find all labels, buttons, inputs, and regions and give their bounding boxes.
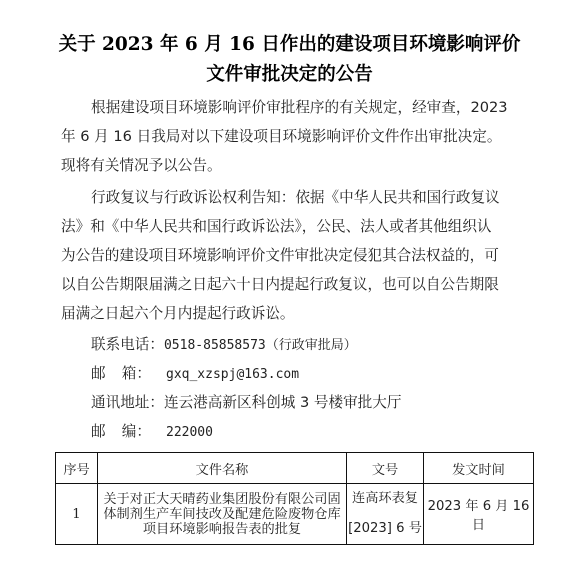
row-index: 1 [56, 484, 98, 545]
phone-value: 0518-85858573（行政审批局） [164, 334, 357, 353]
email-label-char1: 邮 [91, 365, 106, 382]
phone-label: 联系电话： [91, 333, 164, 354]
announcement-title-line2: 文件审批决定的公告 [0, 60, 579, 86]
announcement-title-line1: 关于 2023 年 6 月 16 日作出的建设项目环境影响评价 [0, 30, 579, 56]
rights-line-1: 行政复议与行政诉讼权利告知：依据《中华人民共和国行政复议 [91, 186, 500, 207]
email-value[interactable]: gxq_xzspj@163.com [166, 367, 299, 382]
row-issue-date: 2023 年 6 月 16 日 [424, 484, 534, 545]
header-file-name: 文件名称 [98, 453, 347, 484]
postcode-label-char1: 邮 [91, 423, 106, 440]
header-doc-number: 文号 [347, 453, 424, 484]
doc-number-line2: [2023] 6 号 [347, 514, 423, 544]
table-row: 1 关于对正大天晴药业集团股份有限公司固体制剂生产车间技改及配建危险废物仓库项目… [56, 484, 534, 545]
header-index: 序号 [56, 453, 98, 484]
contact-address-row: 通讯地址：连云港高新区科创城 3 号楼审批大厅 [91, 391, 401, 412]
approval-documents-table: 序号 文件名称 文号 发文时间 1 关于对正大天晴药业集团股份有限公司固体制剂生… [55, 452, 534, 545]
header-issue-date: 发文时间 [424, 453, 534, 484]
address-label: 通讯地址： [91, 391, 164, 412]
intro-line-2: 年 6 月 16 日我局对以下建设项目环境影响评价文件作出审批决定。 [61, 125, 501, 146]
postcode-label-char2: 编： [122, 420, 151, 441]
rights-line-2: 法》和《中华人民共和国行政诉讼法》，公民、法人或者其他组织认 [61, 215, 492, 236]
contact-postcode-row: 邮编：222000 [91, 420, 213, 441]
rights-line-5: 届满之日起六个月内提起行政诉讼。 [61, 302, 295, 323]
intro-line-3: 现将有关情况予以公告。 [61, 154, 222, 175]
doc-number-line1: 连高环表复 [347, 484, 423, 514]
intro-line-1: 根据建设项目环境影响评价审批程序的有关规定，经审查，2023 [91, 96, 508, 117]
address-value: 连云港高新区科创城 3 号楼审批大厅 [164, 391, 401, 412]
contact-email-row: 邮箱：gxq_xzspj@163.com [91, 362, 299, 383]
rights-line-4: 以自公告期限届满之日起六十日内提起行政复议，也可以自公告期限 [61, 273, 499, 294]
row-file-name: 关于对正大天晴药业集团股份有限公司固体制剂生产车间技改及配建危险废物仓库项目环境… [98, 484, 347, 545]
postcode-value: 222000 [166, 425, 213, 440]
table-header-row: 序号 文件名称 文号 发文时间 [56, 453, 534, 484]
contact-phone-row: 联系电话：0518-85858573（行政审批局） [91, 333, 357, 354]
rights-line-3: 为公告的建设项目环境影响评价文件审批决定侵犯其合法权益的，可 [61, 244, 499, 265]
row-doc-number: 连高环表复 [2023] 6 号 [347, 484, 424, 545]
email-label-char2: 箱： [122, 362, 151, 383]
